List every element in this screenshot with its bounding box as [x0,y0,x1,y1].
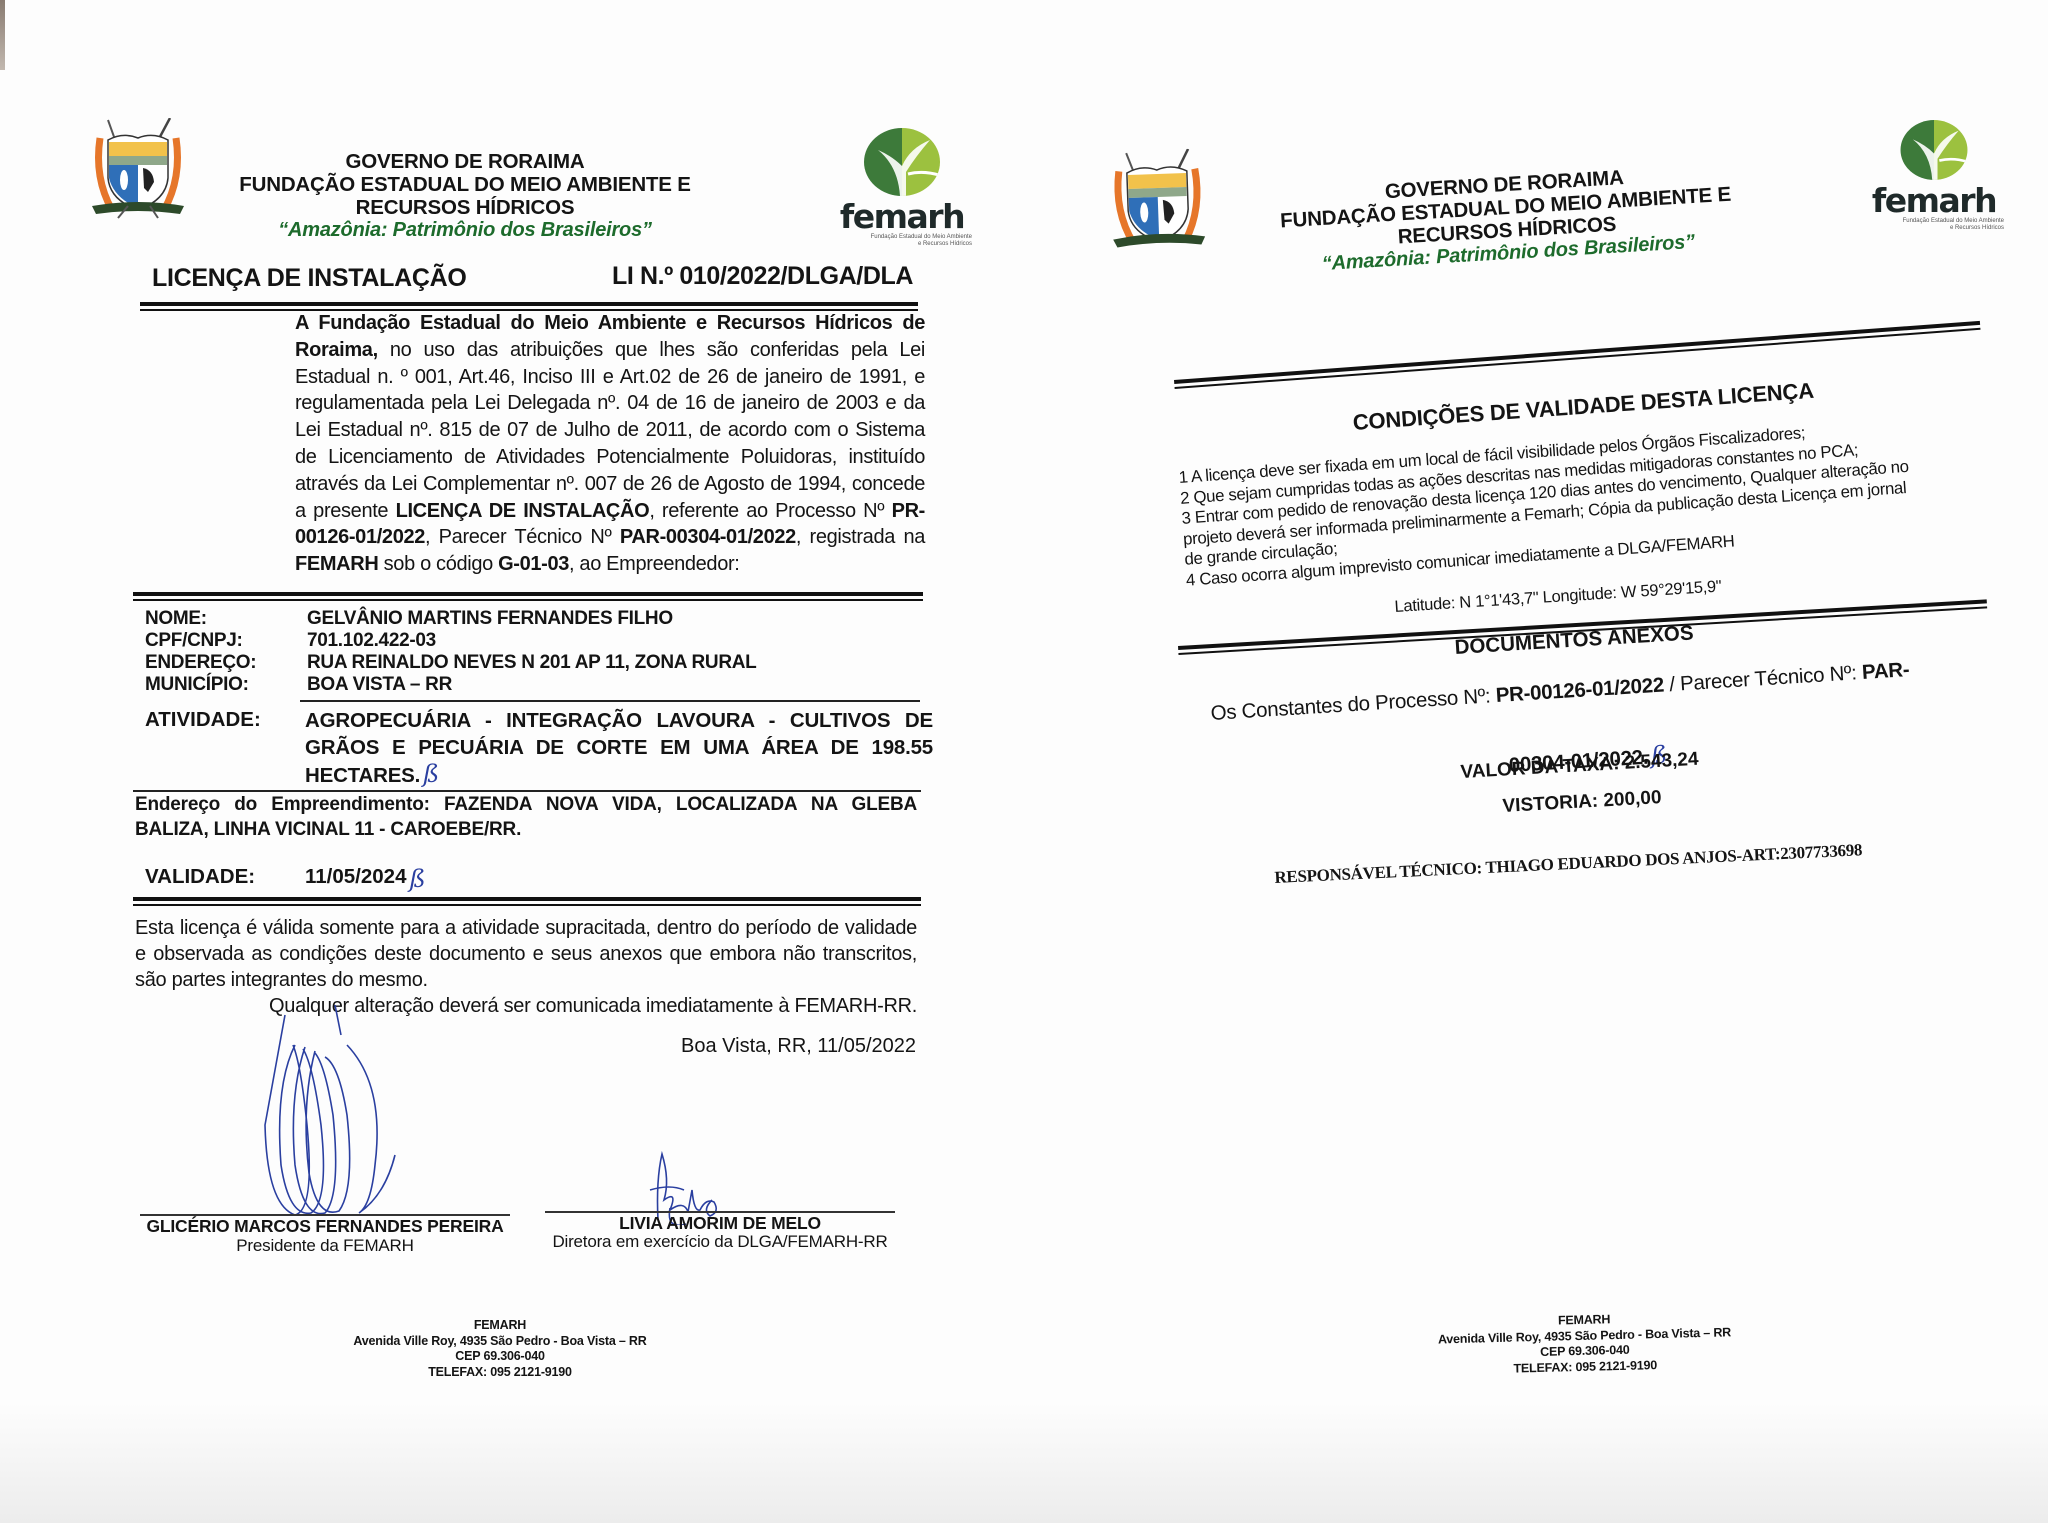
intro-text: sob o código [378,553,498,575]
attachments-middle: / Parecer Técnico Nº: [1663,661,1863,696]
roraima-coat-of-arms-icon [1106,148,1210,261]
license-number: LI N.º 010/2022/DLGA/DLA [612,262,913,291]
field-label: MUNICÍPIO: [145,674,307,696]
header-motto: “Amazônia: Patrimônio dos Brasileiros” [235,219,695,242]
intro-femarh: FEMARH [295,553,378,575]
enterprise-address: Endereço do Empreendimento: FAZENDA NOVA… [135,792,917,842]
femarh-wordmark: femarh [1864,184,2004,218]
inspection-value: VISTORIA: 200,00 [1502,787,1662,818]
page-header: GOVERNO DE RORAIMA FUNDAÇÃO ESTADUAL DO … [1254,158,1759,279]
license-title-row: LICENÇA DE INSTALAÇÃO LI N.º 010/2022/DL… [150,262,915,294]
attachments-prefix: Os Constantes do Processo Nº: [1210,684,1497,725]
coordinates: Latitude: N 1°1'43,7" Longitude: W 59°29… [1394,577,1722,617]
field-label: ENDEREÇO: [145,652,307,674]
header-government: GOVERNO DE RORAIMA [235,150,695,173]
intro-paragraph: A Fundação Estadual do Meio Ambiente e R… [295,310,925,578]
attachments-process-line: Os Constantes do Processo Nº: PR-00126-0… [1210,658,1910,726]
field-value: GELVÂNIO MARTINS FERNANDES FILHO [307,608,925,630]
footer-phone: TELEFAX: 095 2121-9190 [290,1365,710,1381]
field-label: CPF/CNPJ: [145,630,307,652]
femarh-leaf-icon [860,126,944,198]
technical-opinion-number: PAR-00304-01/2022 [620,526,796,548]
page-footer: FEMARH Avenida Ville Roy, 4935 São Pedro… [290,1318,710,1380]
entrepreneur-fields: NOME: GELVÂNIO MARTINS FERNANDES FILHO C… [145,608,925,696]
roraima-coat-of-arms-icon [88,118,188,228]
validity-date: 11/05/2024 [305,865,406,893]
intro-license-type: LICENÇA DE INSTALAÇÃO [396,500,650,522]
activity-value: AGROPECUÁRIA - INTEGRAÇÃO LAVOURA - CULT… [305,707,933,789]
field-municipality: MUNICÍPIO: BOA VISTA – RR [145,674,925,696]
activity-label: ATIVIDADE: [145,707,305,789]
closing-paragraph: Esta licença é válida somente para a ati… [135,915,917,1019]
field-value: 701.102.422-03 [307,630,925,652]
header-resources: RECURSOS HÍDRICOS [235,196,695,219]
closing-text: Esta licença é válida somente para a ati… [135,917,917,991]
process-number: PR-00126-01/2022 [1495,673,1665,707]
intro-text: , Parecer Técnico Nº [425,526,620,548]
double-rule [1174,321,1980,389]
handwritten-initials: ß [423,760,436,788]
field-value: BOA VISTA – RR [307,674,925,696]
femarh-leaf-icon [1897,118,1971,182]
signer-director-role: Diretora em exercício da DLGA/FEMARH-RR [525,1232,915,1252]
license-page: GOVERNO DE RORAIMA FUNDAÇÃO ESTADUAL DO … [0,0,1024,1523]
header-foundation: FUNDAÇÃO ESTADUAL DO MEIO AMBIENTE E [235,173,695,196]
technical-responsible: RESPONSÁVEL TÉCNICO: THIAGO EDUARDO DOS … [1274,840,1863,888]
conditions-list: 1 A licença deve ser fixada em um local … [1178,411,1985,591]
field-cpf: CPF/CNPJ: 701.102.422-03 [145,630,925,652]
footer-org: FEMARH [290,1318,710,1334]
validity-row: VALIDADE: 11/05/2024 ß [145,865,423,893]
registry-code: G-01-03 [498,553,569,575]
conditions-page: GOVERNO DE RORAIMA FUNDAÇÃO ESTADUAL DO … [1024,0,2048,1523]
signer-president-role: Presidente da FEMARH [140,1236,510,1256]
femarh-logo: femarh Fundação Estadual do Meio Ambient… [832,126,972,248]
intro-text: , registrada na [796,526,925,548]
handwritten-initials: ß [409,865,422,893]
page-header: GOVERNO DE RORAIMA FUNDAÇÃO ESTADUAL DO … [235,150,695,242]
double-rule [133,897,921,906]
footer-cep: CEP 69.306-040 [290,1349,710,1365]
intro-text: , ao Empreendedor: [569,553,739,575]
femarh-subtitle-2: e Recursos Hídricos [1864,225,2004,232]
closing-notice: Qualquer alteração deverá ser comunicada… [135,993,917,1019]
signer-president-name: GLICÉRIO MARCOS FERNANDES PEREIRA [140,1216,510,1237]
femarh-wordmark: femarh [832,200,972,234]
activity-text: AGROPECUÁRIA - INTEGRAÇÃO LAVOURA - CULT… [305,709,933,787]
femarh-subtitle-2: e Recursos Hídricos [832,241,972,248]
signature-scribble-icon [255,1005,405,1225]
rule [300,700,920,702]
double-rule [133,592,923,601]
field-label: NOME: [145,608,307,630]
page-footer: FEMARH Avenida Ville Roy, 4935 São Pedro… [1374,1308,1795,1380]
scan-shadow [0,1403,2048,1523]
validity-label: VALIDADE: [145,865,305,893]
place-date: Boa Vista, RR, 11/05/2022 [516,1035,916,1058]
footer-address: Avenida Ville Roy, 4935 São Pedro - Boa … [290,1334,710,1350]
activity-block: ATIVIDADE: AGROPECUÁRIA - INTEGRAÇÃO LAV… [145,707,933,789]
license-title: LICENÇA DE INSTALAÇÃO [152,264,467,293]
intro-text: no uso das atribuições que lhes são conf… [295,339,925,522]
field-address: ENDEREÇO: RUA REINALDO NEVES N 201 AP 11… [145,652,925,674]
field-value: RUA REINALDO NEVES N 201 AP 11, ZONA RUR… [307,652,925,674]
femarh-logo: femarh Fundação Estadual do Meio Ambient… [1864,118,2004,232]
signer-director-name: LIVIA AMORIM DE MELO [545,1213,895,1234]
intro-text: , referente ao Processo Nº [649,500,891,522]
field-name: NOME: GELVÂNIO MARTINS FERNANDES FILHO [145,608,925,630]
technical-opinion-number: PAR- [1861,658,1910,684]
